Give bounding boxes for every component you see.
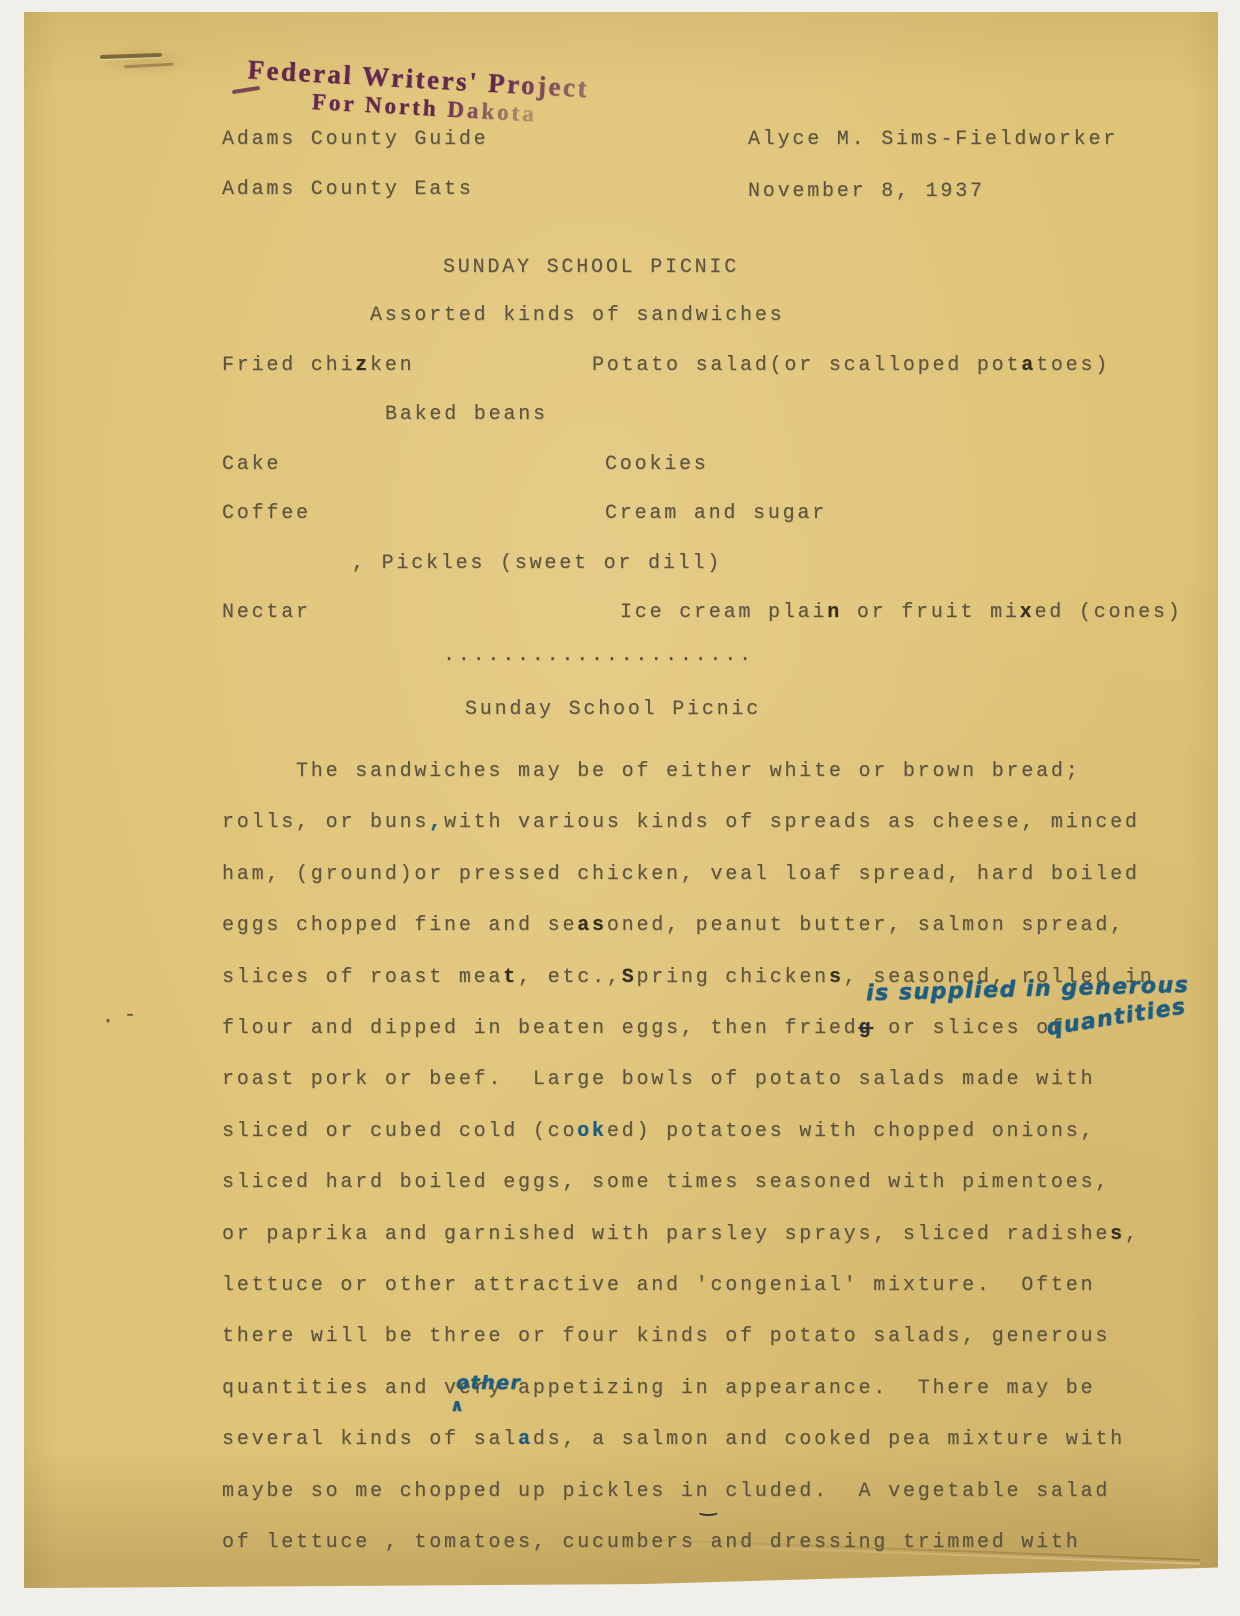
section-title: Sunday School Picnic xyxy=(465,698,761,722)
body-line-text: several kinds of salads, a salmon and co… xyxy=(222,1428,1125,1452)
body-line: rolls, or buns,with various kinds of spr… xyxy=(222,811,1222,841)
staple-mark xyxy=(94,44,194,78)
margin-stray-dot: . xyxy=(102,1006,117,1030)
body-line-text: or paprika and garnished with parsley sp… xyxy=(222,1223,1140,1247)
menu-row: CoffeeCream and sugar xyxy=(222,502,1222,532)
menu-row: Baked beans xyxy=(222,403,1222,433)
body-line: or paprika and garnished with parsley sp… xyxy=(222,1223,1222,1253)
menu-row-text: Coffee xyxy=(222,502,311,526)
body-line: eggs chopped fine and seasoned, peanut b… xyxy=(222,914,1222,944)
body-line-text: sliced hard boiled eggs, some times seas… xyxy=(222,1171,1110,1195)
menu-title: SUNDAY SCHOOL PICNIC xyxy=(443,256,739,280)
menu-row-text: , Pickles (sweet or dill) xyxy=(352,552,722,576)
dotted-divider: ..................... xyxy=(443,644,754,668)
body-line-text: flour and dipped in beaten eggs, then fr… xyxy=(222,1017,1066,1041)
staple-slit xyxy=(124,63,174,68)
body-line-text: The sandwiches may be of either white or… xyxy=(296,760,1081,784)
body-line-text: lettuce or other attractive and 'congeni… xyxy=(222,1274,1095,1298)
body-line-text: there will be three or four kinds of pot… xyxy=(222,1325,1110,1349)
scanned-document-page: Federal Writers' Project For North Dakot… xyxy=(0,0,1240,1616)
body-line: of lettuce , tomatoes, cucumbers and dre… xyxy=(222,1531,1222,1561)
pen-caret-mark: ∧ xyxy=(450,1396,465,1416)
body-paragraph: The sandwiches may be of either white or… xyxy=(222,760,1222,1590)
body-line: several kinds of salads, a salmon and co… xyxy=(222,1428,1222,1458)
menu-row: NectarIce cream plain or fruit mixed (co… xyxy=(222,601,1222,631)
margin-stray-dash: - xyxy=(124,1004,139,1028)
body-line-text: ham, (ground)or pressed chicken, veal lo… xyxy=(222,863,1140,887)
body-line: ham, (ground)or pressed chicken, veal lo… xyxy=(222,863,1222,893)
header-date: November 8, 1937 xyxy=(748,180,985,204)
staple-slit xyxy=(100,53,162,59)
menu-row-text: Cookies xyxy=(605,453,709,477)
body-line: sliced or cubed cold (cooked) potatoes w… xyxy=(222,1120,1222,1150)
body-line: roast pork or beef. Large bowls of potat… xyxy=(222,1068,1222,1098)
menu-row-text: Nectar xyxy=(222,601,311,625)
menu-row-text: Ice cream plain or fruit mixed (cones) xyxy=(620,601,1183,625)
body-line-text: eggs chopped fine and seasoned, peanut b… xyxy=(222,914,1125,938)
header-subject-title: Adams County Eats xyxy=(222,178,474,202)
body-line-text: maybe so me chopped up pickles in cluded… xyxy=(222,1480,1110,1504)
body-line-text: rolls, or buns,with various kinds of spr… xyxy=(222,811,1140,835)
menu-row-text: Cake xyxy=(222,453,281,477)
menu-row: , Pickles (sweet or dill) xyxy=(222,552,1222,582)
menu-row-text: Assorted kinds of sandwiches xyxy=(370,304,784,328)
menu-row: CakeCookies xyxy=(222,453,1222,483)
body-line-text: roast pork or beef. Large bowls of potat… xyxy=(222,1068,1095,1092)
menu-rows: Assorted kinds of sandwichesFried chizke… xyxy=(222,304,1222,664)
ink-undertie-mark: ‿ xyxy=(700,1492,717,1516)
menu-row: Assorted kinds of sandwiches xyxy=(222,304,1222,334)
body-line: The sandwiches may be of either white or… xyxy=(222,760,1222,790)
menu-row-text: Potato salad(or scalloped potatoes) xyxy=(592,354,1110,378)
body-line: quantities and very appetizing in appear… xyxy=(222,1377,1222,1407)
body-line: maybe so me chopped up pickles in cluded… xyxy=(222,1480,1222,1510)
header-project-title: Adams County Guide xyxy=(222,128,488,152)
body-line-text: sliced or cubed cold (cooked) potatoes w… xyxy=(222,1120,1095,1144)
header-fieldworker-name: Alyce M. Sims-Fieldworker xyxy=(748,128,1118,152)
menu-row-text: Baked beans xyxy=(385,403,548,427)
body-line: there will be three or four kinds of pot… xyxy=(222,1325,1222,1355)
body-line: lettuce or other attractive and 'congeni… xyxy=(222,1274,1222,1304)
menu-row-text: Cream and sugar xyxy=(605,502,827,526)
body-line-text: of lettuce , tomatoes, cucumbers and dre… xyxy=(222,1531,1081,1555)
body-line: sliced hard boiled eggs, some times seas… xyxy=(222,1171,1222,1201)
menu-row-text: Fried chizken xyxy=(222,354,414,378)
pen-annotation-other: other xyxy=(456,1372,521,1394)
menu-row: Fried chizkenPotato salad(or scalloped p… xyxy=(222,354,1222,384)
body-line-text: quantities and very appetizing in appear… xyxy=(222,1377,1095,1401)
